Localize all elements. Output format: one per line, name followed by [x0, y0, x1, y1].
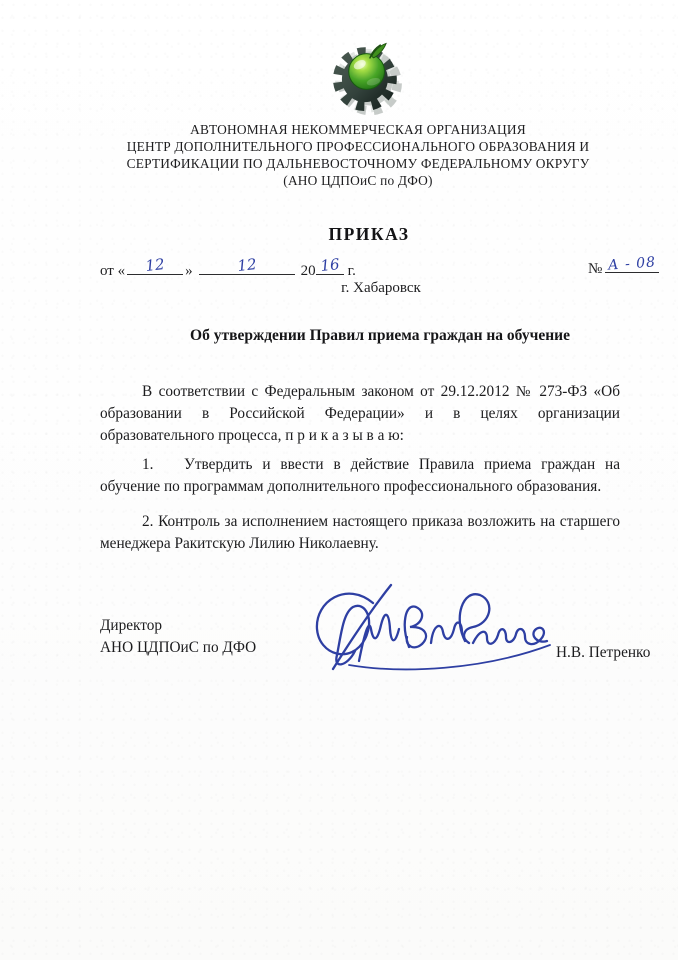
date-close-quote: » — [185, 263, 193, 279]
org-name-line-2: ЦЕНТР ДОПОЛНИТЕЛЬНОГО ПРОФЕССИОНАЛЬНОГО … — [38, 138, 678, 155]
date-line: от «12»122016г. — [100, 257, 580, 280]
org-name-line-3: СЕРТИФИКАЦИИ ПО ДАЛЬНЕВОСТОЧНОМУ ФЕДЕРАЛ… — [38, 155, 678, 172]
date-from-label: от « — [100, 263, 125, 279]
item-1-number: 1. — [142, 454, 184, 476]
number-sign: № — [588, 261, 602, 277]
subject-line: Об утверждении Правил приема граждан на … — [82, 327, 678, 345]
signature-scrawl-icon — [303, 577, 553, 672]
date-day-blank: 12 — [127, 257, 183, 275]
signature-ink — [303, 577, 553, 672]
city-line: г. Хабаровск — [84, 280, 678, 297]
organization-logo — [327, 40, 413, 120]
paragraph-item-2: 2. Контроль за исполнением настоящего пр… — [100, 511, 620, 555]
date-year-blank: 16 — [316, 257, 344, 275]
handwritten-number: А - 08 — [605, 254, 660, 274]
handwritten-year: 16 — [315, 255, 345, 276]
gear-apple-logo-icon — [327, 40, 413, 120]
date-century: 20 — [301, 263, 316, 279]
signer-position: Директор АНО ЦДПОиС по ДФО — [100, 615, 320, 659]
handwritten-month: 12 — [198, 251, 295, 279]
number-blank: А - 08 — [605, 255, 659, 273]
org-name-line-1: АВТОНОМНАЯ НЕКОММЕРЧЕСКАЯ ОРГАНИЗАЦИЯ — [38, 121, 678, 138]
document-title: ПРИКАЗ — [60, 224, 678, 245]
org-name-line-4: (АНО ЦДПОиС по ДФО) — [38, 172, 678, 189]
handwritten-day: 12 — [126, 253, 184, 277]
paragraph-intro: В соответствии с Федеральным законом от … — [100, 381, 620, 446]
signer-position-line-1: Директор — [100, 615, 320, 637]
date-month-blank: 12 — [199, 257, 295, 275]
order-number: №А - 08 — [588, 255, 674, 278]
organization-header: АВТОНОМНАЯ НЕКОММЕРЧЕСКАЯ ОРГАНИЗАЦИЯ ЦЕ… — [38, 121, 678, 189]
signer-name: Н.В. Петренко — [556, 644, 676, 662]
signer-position-line-2: АНО ЦДПОиС по ДФО — [100, 637, 320, 659]
scanned-order-document: АВТОНОМНАЯ НЕКОММЕРЧЕСКАЯ ОРГАНИЗАЦИЯ ЦЕ… — [0, 0, 678, 960]
paragraph-item-1: 1.Утвердить и ввести в действие Правила … — [100, 454, 620, 498]
date-year-suffix: г. — [348, 263, 356, 279]
